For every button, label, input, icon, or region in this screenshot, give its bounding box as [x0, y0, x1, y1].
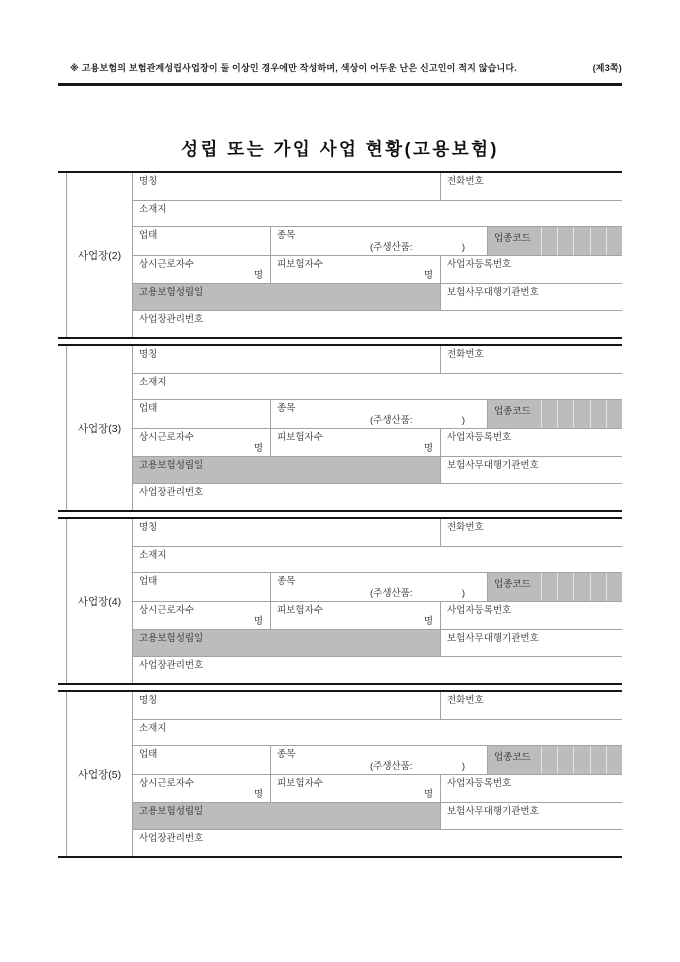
row-name-phone: 명칭 전화번호: [133, 692, 622, 720]
business-type-cell: 업태: [133, 227, 271, 255]
main-product-prefix: (주생산품:: [370, 758, 413, 772]
agency-no-label: 보험사무대행기관번호: [447, 288, 539, 299]
industry-code-digit-box: [541, 746, 557, 774]
row-business-type: 업태 종목 (주생산품: ) 업종코드: [133, 227, 622, 256]
name-cell: 명칭: [133, 173, 441, 200]
item-label: 종목: [277, 750, 295, 761]
name-label: 명칭: [139, 523, 157, 534]
industry-code-digit-box: [557, 746, 573, 774]
business-type-label: 업태: [139, 750, 157, 761]
workplace-section: 사업장(4) 명칭 전화번호 소재지: [58, 517, 622, 685]
mgmt-no-cell: 사업장관리번호: [133, 657, 622, 683]
address-label: 소재지: [139, 724, 167, 735]
row-establish-date: 고용보험성립일 보험사무대행기관번호: [133, 803, 622, 830]
insured-unit-label: 명: [424, 786, 433, 800]
industry-code-digit-box: [606, 573, 622, 601]
mgmt-no-cell: 사업장관리번호: [133, 311, 622, 337]
phone-cell: 전화번호: [441, 173, 622, 200]
item-cell: 종목 (주생산품: ): [271, 400, 488, 428]
industry-code-label: 업종코드: [488, 227, 541, 255]
industry-code-digit-box: [541, 573, 557, 601]
business-reg-no-cell: 사업자등록번호: [441, 429, 622, 456]
document-page: ※ 고용보험의 보험관계성립사업장이 둘 이상인 경우에만 작성하며, 색상이 …: [0, 0, 680, 962]
business-type-cell: 업태: [133, 573, 271, 601]
phone-label: 전화번호: [447, 696, 484, 707]
insured-count-label: 피보험자수: [277, 260, 323, 271]
row-business-type: 업태 종목 (주생산품: ) 업종코드: [133, 573, 622, 602]
workers-unit-label: 명: [254, 613, 263, 627]
main-product-prefix: (주생산품:: [370, 412, 413, 426]
row-address: 소재지: [133, 374, 622, 400]
regular-workers-label: 상시근로자수: [139, 779, 194, 790]
industry-code-digit-box: [573, 227, 589, 255]
industry-code-label: 업종코드: [488, 746, 541, 774]
row-mgmt-no: 사업장관리번호: [133, 657, 622, 683]
address-label: 소재지: [139, 205, 167, 216]
row-establish-date: 고용보험성립일 보험사무대행기관번호: [133, 457, 622, 484]
item-cell: 종목 (주생산품: ): [271, 227, 488, 255]
workplace-table: 사업장(2) 명칭 전화번호 소재지: [66, 173, 622, 337]
business-reg-no-label: 사업자등록번호: [447, 779, 511, 790]
main-product-suffix: ): [462, 415, 465, 426]
row-establish-date: 고용보험성립일 보험사무대행기관번호: [133, 284, 622, 311]
establish-date-cell: 고용보험성립일: [133, 457, 441, 483]
name-label: 명칭: [139, 177, 157, 188]
business-reg-no-label: 사업자등록번호: [447, 606, 511, 617]
industry-code-digit-box: [557, 573, 573, 601]
phone-cell: 전화번호: [441, 692, 622, 719]
item-label: 종목: [277, 404, 295, 415]
header-rule: [58, 83, 622, 86]
regular-workers-cell: 상시근로자수 명: [133, 256, 271, 283]
industry-code-cell: 업종코드: [488, 746, 622, 774]
row-workers: 상시근로자수 명 피보험자수 명 사업자등록번호: [133, 775, 622, 803]
row-address: 소재지: [133, 201, 622, 227]
industry-code-boxes: [541, 573, 622, 601]
row-establish-date: 고용보험성립일 보험사무대행기관번호: [133, 630, 622, 657]
sections-container: 사업장(2) 명칭 전화번호 소재지: [58, 171, 622, 858]
phone-cell: 전화번호: [441, 519, 622, 546]
mgmt-no-cell: 사업장관리번호: [133, 484, 622, 510]
workplace-table: 사업장(5) 명칭 전화번호 소재지: [66, 692, 622, 856]
row-mgmt-no: 사업장관리번호: [133, 484, 622, 510]
workplace-label: 사업장(5): [78, 767, 121, 782]
business-reg-no-cell: 사업자등록번호: [441, 256, 622, 283]
industry-code-digit-box: [541, 227, 557, 255]
mgmt-no-label: 사업장관리번호: [139, 834, 203, 845]
mgmt-no-label: 사업장관리번호: [139, 315, 203, 326]
workplace-section: 사업장(2) 명칭 전화번호 소재지: [58, 171, 622, 339]
insured-unit-label: 명: [424, 267, 433, 281]
workplace-fields: 명칭 전화번호 소재지 업태 종목: [133, 692, 622, 856]
regular-workers-cell: 상시근로자수 명: [133, 602, 271, 629]
industry-code-digit-box: [573, 400, 589, 428]
industry-code-digit-box: [541, 400, 557, 428]
main-product-suffix: ): [462, 761, 465, 772]
workplace-fields: 명칭 전화번호 소재지 업태 종목: [133, 173, 622, 337]
agency-no-label: 보험사무대행기관번호: [447, 634, 539, 645]
name-cell: 명칭: [133, 346, 441, 373]
workplace-fields: 명칭 전화번호 소재지 업태 종목: [133, 519, 622, 683]
insured-count-label: 피보험자수: [277, 606, 323, 617]
establish-date-cell: 고용보험성립일: [133, 630, 441, 656]
regular-workers-label: 상시근로자수: [139, 260, 194, 271]
agency-no-cell: 보험사무대행기관번호: [441, 457, 622, 483]
workplace-section: 사업장(5) 명칭 전화번호 소재지: [58, 690, 622, 858]
phone-cell: 전화번호: [441, 346, 622, 373]
row-business-type: 업태 종목 (주생산품: ) 업종코드: [133, 400, 622, 429]
main-product-prefix: (주생산품:: [370, 585, 413, 599]
industry-code-cell: 업종코드: [488, 227, 622, 255]
agency-no-cell: 보험사무대행기관번호: [441, 284, 622, 310]
industry-code-label: 업종코드: [488, 573, 541, 601]
insured-count-cell: 피보험자수 명: [271, 256, 441, 283]
industry-code-digit-box: [606, 227, 622, 255]
industry-code-cell: 업종코드: [488, 573, 622, 601]
industry-code-digit-box: [557, 400, 573, 428]
establish-date-label: 고용보험성립일: [139, 288, 203, 299]
insured-count-cell: 피보험자수 명: [271, 429, 441, 456]
mgmt-no-label: 사업장관리번호: [139, 661, 203, 672]
item-label: 종목: [277, 577, 295, 588]
row-name-phone: 명칭 전화번호: [133, 519, 622, 547]
row-mgmt-no: 사업장관리번호: [133, 311, 622, 337]
address-cell: 소재지: [133, 201, 622, 226]
name-label: 명칭: [139, 350, 157, 361]
name-label: 명칭: [139, 696, 157, 707]
insured-unit-label: 명: [424, 440, 433, 454]
agency-no-cell: 보험사무대행기관번호: [441, 630, 622, 656]
insured-unit-label: 명: [424, 613, 433, 627]
header-note: ※ 고용보험의 보험관계성립사업장이 둘 이상인 경우에만 작성하며, 색상이 …: [70, 61, 517, 74]
business-reg-no-label: 사업자등록번호: [447, 260, 511, 271]
industry-code-digit-box: [590, 746, 606, 774]
workplace-label: 사업장(2): [78, 248, 121, 263]
mgmt-no-label: 사업장관리번호: [139, 488, 203, 499]
address-cell: 소재지: [133, 547, 622, 572]
item-cell: 종목 (주생산품: ): [271, 573, 488, 601]
address-label: 소재지: [139, 551, 167, 562]
row-name-phone: 명칭 전화번호: [133, 346, 622, 374]
phone-label: 전화번호: [447, 350, 484, 361]
row-workers: 상시근로자수 명 피보험자수 명 사업자등록번호: [133, 256, 622, 284]
business-reg-no-cell: 사업자등록번호: [441, 602, 622, 629]
industry-code-digit-box: [606, 400, 622, 428]
industry-code-digit-box: [590, 400, 606, 428]
establish-date-label: 고용보험성립일: [139, 807, 203, 818]
industry-code-boxes: [541, 227, 622, 255]
address-cell: 소재지: [133, 374, 622, 399]
page-header: ※ 고용보험의 보험관계성립사업장이 둘 이상인 경우에만 작성하며, 색상이 …: [70, 61, 622, 74]
row-business-type: 업태 종목 (주생산품: ) 업종코드: [133, 746, 622, 775]
regular-workers-label: 상시근로자수: [139, 606, 194, 617]
mgmt-no-cell: 사업장관리번호: [133, 830, 622, 856]
workplace-section: 사업장(3) 명칭 전화번호 소재지: [58, 344, 622, 512]
item-cell: 종목 (주생산품: ): [271, 746, 488, 774]
insured-count-label: 피보험자수: [277, 433, 323, 444]
item-label: 종목: [277, 231, 295, 242]
industry-code-boxes: [541, 746, 622, 774]
industry-code-digit-box: [590, 227, 606, 255]
page-number: (제3쪽): [593, 61, 622, 74]
industry-code-cell: 업종코드: [488, 400, 622, 428]
workplace-label-cell: 사업장(5): [67, 692, 133, 856]
business-type-label: 업태: [139, 231, 157, 242]
establish-date-cell: 고용보험성립일: [133, 284, 441, 310]
row-workers: 상시근로자수 명 피보험자수 명 사업자등록번호: [133, 602, 622, 630]
workers-unit-label: 명: [254, 267, 263, 281]
row-address: 소재지: [133, 720, 622, 746]
industry-code-digit-box: [573, 746, 589, 774]
phone-label: 전화번호: [447, 177, 484, 188]
row-mgmt-no: 사업장관리번호: [133, 830, 622, 856]
agency-no-cell: 보험사무대행기관번호: [441, 803, 622, 829]
main-product-prefix: (주생산품:: [370, 239, 413, 253]
insured-count-label: 피보험자수: [277, 779, 323, 790]
name-cell: 명칭: [133, 692, 441, 719]
workers-unit-label: 명: [254, 440, 263, 454]
industry-code-digit-box: [590, 573, 606, 601]
workplace-label-cell: 사업장(4): [67, 519, 133, 683]
workplace-fields: 명칭 전화번호 소재지 업태 종목: [133, 346, 622, 510]
workplace-label: 사업장(3): [78, 421, 121, 436]
name-cell: 명칭: [133, 519, 441, 546]
business-type-label: 업태: [139, 404, 157, 415]
row-address: 소재지: [133, 547, 622, 573]
regular-workers-cell: 상시근로자수 명: [133, 429, 271, 456]
agency-no-label: 보험사무대행기관번호: [447, 461, 539, 472]
main-product-suffix: ): [462, 242, 465, 253]
workplace-label-cell: 사업장(3): [67, 346, 133, 510]
workplace-table: 사업장(4) 명칭 전화번호 소재지: [66, 519, 622, 683]
regular-workers-label: 상시근로자수: [139, 433, 194, 444]
address-label: 소재지: [139, 378, 167, 389]
business-type-label: 업태: [139, 577, 157, 588]
form-title: 성립 또는 가입 사업 현황(고용보험): [0, 136, 680, 161]
phone-label: 전화번호: [447, 523, 484, 534]
workplace-label-cell: 사업장(2): [67, 173, 133, 337]
establish-date-label: 고용보험성립일: [139, 634, 203, 645]
industry-code-digit-box: [557, 227, 573, 255]
workplace-label: 사업장(4): [78, 594, 121, 609]
business-reg-no-label: 사업자등록번호: [447, 433, 511, 444]
industry-code-digit-box: [606, 746, 622, 774]
row-workers: 상시근로자수 명 피보험자수 명 사업자등록번호: [133, 429, 622, 457]
industry-code-boxes: [541, 400, 622, 428]
establish-date-label: 고용보험성립일: [139, 461, 203, 472]
workplace-table: 사업장(3) 명칭 전화번호 소재지: [66, 346, 622, 510]
row-name-phone: 명칭 전화번호: [133, 173, 622, 201]
main-product-suffix: ): [462, 588, 465, 599]
workers-unit-label: 명: [254, 786, 263, 800]
business-reg-no-cell: 사업자등록번호: [441, 775, 622, 802]
insured-count-cell: 피보험자수 명: [271, 602, 441, 629]
industry-code-label: 업종코드: [488, 400, 541, 428]
industry-code-digit-box: [573, 573, 589, 601]
establish-date-cell: 고용보험성립일: [133, 803, 441, 829]
agency-no-label: 보험사무대행기관번호: [447, 807, 539, 818]
regular-workers-cell: 상시근로자수 명: [133, 775, 271, 802]
address-cell: 소재지: [133, 720, 622, 745]
business-type-cell: 업태: [133, 746, 271, 774]
business-type-cell: 업태: [133, 400, 271, 428]
insured-count-cell: 피보험자수 명: [271, 775, 441, 802]
